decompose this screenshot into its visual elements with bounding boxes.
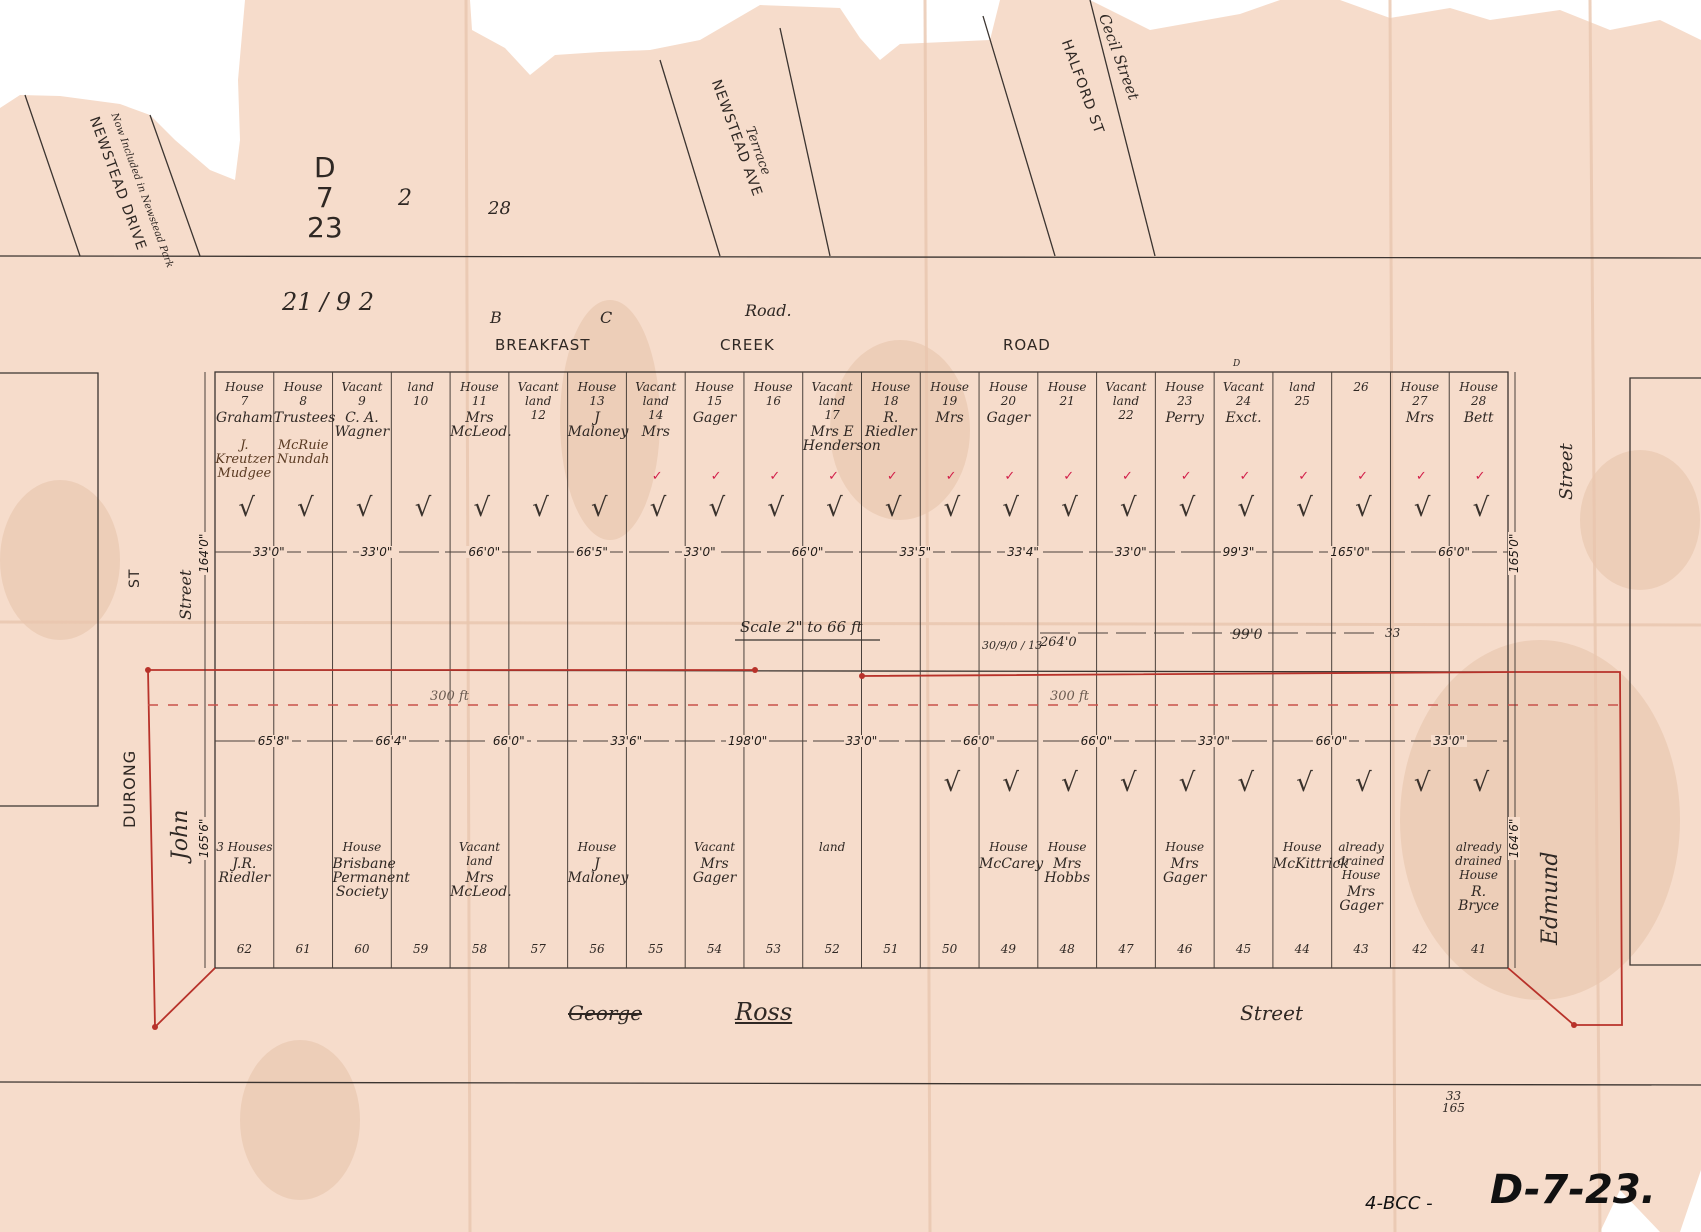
folio-note: 28	[488, 200, 511, 218]
north-dimension: 66'0"	[1436, 546, 1472, 558]
north-lot: House19Mrs	[920, 380, 979, 425]
mid-dim-c: 33	[1385, 627, 1400, 639]
north-dimension: 66'5"	[574, 546, 610, 558]
south-dimension: 66'0"	[1314, 735, 1350, 747]
red-check-icon: ✓	[1475, 470, 1486, 483]
lot-owner: Graham	[215, 411, 274, 425]
lot-number: 25	[1273, 394, 1332, 408]
south-lot: already drained HouseMrs Gager	[1332, 840, 1391, 913]
fraction-note: 33 165	[1442, 1090, 1465, 1114]
check-mark-icon: √	[767, 495, 784, 521]
lot-owner: R. Riedler	[862, 411, 921, 439]
frontage-right: 300 ft	[1050, 690, 1089, 703]
lot-number: 44	[1273, 942, 1332, 956]
south-lot: already drained HouseR. Bryce	[1449, 840, 1508, 913]
check-mark-icon: √	[1473, 495, 1490, 521]
lot-use: land	[391, 380, 450, 394]
corner-ref-line3: 23	[307, 213, 343, 243]
north-lot: Vacant24Exct.	[1214, 380, 1273, 425]
red-check-icon: ✓	[711, 470, 722, 483]
south-dimension: 66'0"	[961, 735, 997, 747]
lot-number: 22	[1097, 408, 1156, 422]
check-mark-icon: √	[473, 495, 490, 521]
check-mark-icon: √	[532, 495, 549, 521]
north-dimension: 33'0"	[1113, 546, 1149, 558]
street-street-label: Street	[1240, 1003, 1303, 1023]
lot-use: House	[450, 380, 509, 394]
lot-use: House	[215, 380, 274, 394]
lot-use: House	[1390, 380, 1449, 394]
south-lot	[1214, 840, 1273, 843]
check-mark-icon: √	[1179, 770, 1196, 796]
north-dimension: 66'0"	[790, 546, 826, 558]
street-east-upper: Street	[1558, 443, 1576, 500]
road-label-breakfast: BREAKFAST	[495, 338, 590, 353]
lot-owner: Exct.	[1214, 411, 1273, 425]
north-dimension: 33'4"	[1005, 546, 1041, 558]
north-lot: Vacant land12	[509, 380, 568, 425]
north-lot: House28Bett	[1449, 380, 1508, 425]
south-lot	[862, 840, 921, 843]
lot-number: 42	[1390, 942, 1449, 956]
red-check-icon: ✓	[1416, 470, 1427, 483]
check-mark-icon: √	[591, 495, 608, 521]
check-mark-icon: √	[1061, 495, 1078, 521]
lot-owner: Mrs	[1390, 411, 1449, 425]
red-check-icon: ✓	[1004, 470, 1015, 483]
north-lot: 26	[1332, 380, 1391, 397]
lot-owner: Mrs Gager	[1332, 885, 1391, 913]
north-dimension: 33'5"	[897, 546, 933, 558]
north-lot: House16	[744, 380, 803, 411]
check-mark-icon: √	[1473, 770, 1490, 796]
lot-number: 14	[626, 408, 685, 422]
check-mark-icon: √	[1238, 495, 1255, 521]
check-mark-icon: √	[356, 495, 373, 521]
check-mark-icon: √	[885, 495, 902, 521]
north-lot: Vacant land22	[1097, 380, 1156, 425]
lot-use: land	[803, 840, 862, 854]
lot-number: 55	[626, 942, 685, 956]
lot-owner: Mrs E Henderson	[803, 425, 862, 453]
lot-use: Vacant	[333, 380, 392, 394]
road-pencil-road: Road.	[745, 303, 792, 319]
lot-number: 51	[862, 942, 921, 956]
lot-use: House	[274, 380, 333, 394]
street-john: John	[170, 810, 192, 860]
south-lot	[391, 840, 450, 843]
lot-number: 43	[1332, 942, 1391, 956]
south-depth-right: 164'6"	[1508, 817, 1520, 860]
lot-use: House	[920, 380, 979, 394]
south-lot	[274, 840, 333, 843]
check-mark-icon: √	[1296, 495, 1313, 521]
lot-number: 20	[979, 394, 1038, 408]
lot-number: 17	[803, 408, 862, 422]
south-lot: HouseMcCarey	[979, 840, 1038, 871]
road-pencil-c: C	[600, 310, 612, 326]
lot-use: Vacant land	[803, 380, 862, 408]
lot-number: 12	[509, 408, 568, 422]
lot-owner: J Maloney	[568, 411, 627, 439]
lot-use: House	[1155, 840, 1214, 854]
lot-number: 15	[685, 394, 744, 408]
lot-number: 27	[1390, 394, 1449, 408]
check-mark-icon: √	[1002, 770, 1019, 796]
north-lot: Vacant land17Mrs E Henderson	[803, 380, 862, 453]
lot-use: Vacant land	[1097, 380, 1156, 408]
lot-owner: Brisbane Permanent Society	[333, 857, 392, 899]
lot-number: 49	[979, 942, 1038, 956]
north-lot: House18R. Riedler	[862, 380, 921, 439]
lot-number: 7	[215, 394, 274, 408]
check-mark-icon: √	[650, 495, 667, 521]
red-check-icon: ✓	[828, 470, 839, 483]
check-mark-icon: √	[238, 495, 255, 521]
lot-number: 54	[685, 942, 744, 956]
check-mark-icon: √	[1355, 495, 1372, 521]
lot-number: 26	[1332, 380, 1391, 394]
lot-number: 47	[1097, 942, 1156, 956]
lot-number: 59	[391, 942, 450, 956]
north-depth-right: 165'0"	[1508, 532, 1520, 575]
south-dimension: 33'6"	[608, 735, 644, 747]
red-check-icon: ✓	[652, 470, 663, 483]
north-lot: House21	[1038, 380, 1097, 411]
south-lot	[920, 840, 979, 843]
south-lot: 3 HousesJ.R. Riedler	[215, 840, 274, 885]
south-lot: HouseMcKittrick	[1273, 840, 1332, 871]
south-depth-left: 165'6"	[198, 817, 210, 860]
corner-ref-line1: D	[307, 153, 343, 183]
south-dimension: 33'0"	[844, 735, 880, 747]
lot-number: 52	[803, 942, 862, 956]
lot-use: 3 Houses	[215, 840, 274, 854]
lot-owner: J Maloney	[568, 857, 627, 885]
red-check-icon: ✓	[946, 470, 957, 483]
check-mark-icon: √	[1355, 770, 1372, 796]
north-lot: House27Mrs	[1390, 380, 1449, 425]
north-lot: Vacant land14Mrs	[626, 380, 685, 439]
lot-owner: Gager	[685, 411, 744, 425]
check-mark-icon: √	[1414, 495, 1431, 521]
check-mark-icon: √	[415, 495, 432, 521]
lot-owner: C. A. Wagner	[333, 411, 392, 439]
lot-owner: Mrs	[920, 411, 979, 425]
street-george: George	[568, 1003, 642, 1023]
lot-number: 57	[509, 942, 568, 956]
south-lot: HouseMrs Hobbs	[1038, 840, 1097, 885]
north-dimension: 33'0"	[682, 546, 718, 558]
south-dimension: 198'0"	[726, 735, 769, 747]
north-depth-left: 164'0"	[198, 532, 210, 575]
street-john-upper: Street	[178, 570, 194, 620]
lot-number: 56	[568, 942, 627, 956]
lot-number: 9	[333, 394, 392, 408]
north-lot: House7GrahamJ. Kreutzer Mudgee	[215, 380, 274, 481]
survey-map-sheet: D 7 23 2 28 21 / 9 2 NEWSTEAD DRIVE Now …	[0, 0, 1701, 1232]
red-check-icon: ✓	[1181, 470, 1192, 483]
lot-owner: Perry	[1155, 411, 1214, 425]
check-mark-icon: √	[709, 495, 726, 521]
lot-owner: Mrs	[626, 425, 685, 439]
check-mark-icon: √	[826, 495, 843, 521]
lot-owner: Mrs McLeod.	[450, 871, 509, 899]
red-check-icon: ✓	[1063, 470, 1074, 483]
lot-number: 50	[920, 942, 979, 956]
check-mark-icon: √	[1414, 770, 1431, 796]
south-lot	[626, 840, 685, 843]
lot-note: McRuie Nundah	[274, 439, 333, 467]
lot-number: 48	[1038, 942, 1097, 956]
lot-owner: Trustees	[274, 411, 333, 425]
lot-use: Vacant	[685, 840, 744, 854]
corner-ref-mark: D 7 23	[307, 153, 343, 243]
lot-owner: McCarey	[979, 857, 1038, 871]
lot-use: House	[1155, 380, 1214, 394]
north-lot: House15Gager	[685, 380, 744, 425]
north-lot: land10	[391, 380, 450, 411]
check-mark-icon: √	[1120, 770, 1137, 796]
south-dimension: 66'0"	[491, 735, 527, 747]
lot-number: 23	[1155, 394, 1214, 408]
lot-number: 60	[333, 942, 392, 956]
lot-use: House	[979, 380, 1038, 394]
lot-number: 8	[274, 394, 333, 408]
north-lot: land25	[1273, 380, 1332, 411]
lot-use: House	[1273, 840, 1332, 854]
north-dimension: 66'0"	[466, 546, 502, 558]
lot-use: House	[568, 840, 627, 854]
scale-note: Scale 2" to 66 ft	[740, 620, 863, 635]
south-lot	[1390, 840, 1449, 843]
red-check-icon: ✓	[1122, 470, 1133, 483]
frontage-left: 300 ft	[430, 690, 469, 703]
lot-use: land	[1273, 380, 1332, 394]
reference-stamp-main: D-7-23.	[1490, 1170, 1656, 1210]
lot-number: 11	[450, 394, 509, 408]
check-mark-icon: √	[1296, 770, 1313, 796]
lot-number: 41	[1449, 942, 1508, 956]
lot-owner: Mrs Hobbs	[1038, 857, 1097, 885]
south-lot: HouseBrisbane Permanent Society	[333, 840, 392, 899]
mid-dim-b: 99'0	[1232, 628, 1263, 642]
reference-stamp-prefix: 4-BCC -	[1365, 1195, 1433, 1213]
north-lot: House23Perry	[1155, 380, 1214, 425]
lot-use: Vacant land	[509, 380, 568, 408]
south-dimension: 33'0"	[1431, 735, 1467, 747]
street-ross: Ross	[735, 1000, 792, 1024]
lot-number: 16	[744, 394, 803, 408]
corner-extra-mark: 2	[398, 188, 412, 210]
north-dimension: 33'0"	[251, 546, 287, 558]
red-check-icon: ✓	[887, 470, 898, 483]
date-note: 30/9/0 / 13	[982, 640, 1042, 651]
north-lot: House8TrusteesMcRuie Nundah	[274, 380, 333, 467]
south-lot: land	[803, 840, 862, 857]
lot-number: 46	[1155, 942, 1214, 956]
lot-use: Vacant	[1214, 380, 1273, 394]
corner-ref-line2: 7	[307, 183, 343, 213]
check-mark-icon: √	[1120, 495, 1137, 521]
check-mark-icon: √	[1002, 495, 1019, 521]
lot-number: 24	[1214, 394, 1273, 408]
south-lot	[509, 840, 568, 843]
lot-owner: J.R. Riedler	[215, 857, 274, 885]
lot-use: already drained House	[1449, 840, 1508, 882]
lot-use: House	[685, 380, 744, 394]
corner-pencil-note: 21 / 9 2	[282, 290, 374, 314]
south-dimension: 33'0"	[1196, 735, 1232, 747]
south-dimension: 65'8"	[256, 735, 292, 747]
fraction-bottom: 165	[1442, 1102, 1465, 1114]
lot-number: 13	[568, 394, 627, 408]
road-label-road: ROAD	[1003, 338, 1051, 353]
lot-number: 45	[1214, 942, 1273, 956]
north-lot: House13J Maloney	[568, 380, 627, 439]
lot-number: 18	[862, 394, 921, 408]
lot-owner: Gager	[979, 411, 1038, 425]
lot-owner: Mrs McLeod.	[450, 411, 509, 439]
red-check-icon: ✓	[769, 470, 780, 483]
lot-use: House	[333, 840, 392, 854]
south-lot	[1097, 840, 1156, 843]
lot-use: House	[1449, 380, 1508, 394]
red-check-icon: ✓	[1357, 470, 1368, 483]
south-lot	[744, 840, 803, 843]
mid-dim-a: 264'0	[1040, 636, 1077, 649]
lot-number: 21	[1038, 394, 1097, 408]
street-edmund: Edmund	[1540, 852, 1562, 945]
lot-owner: Mrs Gager	[685, 857, 744, 885]
north-lot: House11Mrs McLeod.	[450, 380, 509, 439]
south-lot: Vacant landMrs McLeod.	[450, 840, 509, 899]
check-mark-icon: √	[297, 495, 314, 521]
lot-use: House	[862, 380, 921, 394]
letter-mark: D	[1233, 360, 1240, 369]
lot-use: Vacant land	[450, 840, 509, 868]
street-durong-st-upper: ST	[128, 569, 142, 588]
lot-owner: R. Bryce	[1449, 885, 1508, 913]
map-linework	[0, 0, 1701, 1232]
south-lot: VacantMrs Gager	[685, 840, 744, 885]
check-mark-icon: √	[1061, 770, 1078, 796]
check-mark-icon: √	[1179, 495, 1196, 521]
lot-number: 58	[450, 942, 509, 956]
north-lot: House20Gager	[979, 380, 1038, 425]
north-lot: Vacant9C. A. Wagner	[333, 380, 392, 439]
lot-number: 28	[1449, 394, 1508, 408]
road-pencil-b: B	[490, 310, 502, 326]
lot-number: 61	[274, 942, 333, 956]
south-lot: HouseMrs Gager	[1155, 840, 1214, 885]
lot-number: 62	[215, 942, 274, 956]
check-mark-icon: √	[944, 770, 961, 796]
lot-use: House	[568, 380, 627, 394]
red-check-icon: ✓	[1298, 470, 1309, 483]
check-mark-icon: √	[944, 495, 961, 521]
north-dimension: 33'0"	[359, 546, 395, 558]
lot-number: 53	[744, 942, 803, 956]
road-label-creek: CREEK	[720, 338, 775, 353]
lot-owner: McKittrick	[1273, 857, 1332, 871]
lot-owner: Bett	[1449, 411, 1508, 425]
north-dimension: 165'0"	[1328, 546, 1371, 558]
north-dimension: 99'3"	[1221, 546, 1257, 558]
lot-use: already drained House	[1332, 840, 1391, 882]
south-dimension: 66'0"	[1079, 735, 1115, 747]
lot-owner: Mrs Gager	[1155, 857, 1214, 885]
south-dimension: 66'4"	[373, 735, 409, 747]
lot-use: House	[979, 840, 1038, 854]
lot-number: 19	[920, 394, 979, 408]
street-durong: DURONG	[122, 750, 138, 828]
lot-use: House	[744, 380, 803, 394]
check-mark-icon: √	[1238, 770, 1255, 796]
lot-use: House	[1038, 380, 1097, 394]
red-check-icon: ✓	[1240, 470, 1251, 483]
lot-use: House	[1038, 840, 1097, 854]
south-lot: HouseJ Maloney	[568, 840, 627, 885]
lot-number: 10	[391, 394, 450, 408]
lot-use: Vacant land	[626, 380, 685, 408]
lot-note: J. Kreutzer Mudgee	[215, 439, 274, 481]
